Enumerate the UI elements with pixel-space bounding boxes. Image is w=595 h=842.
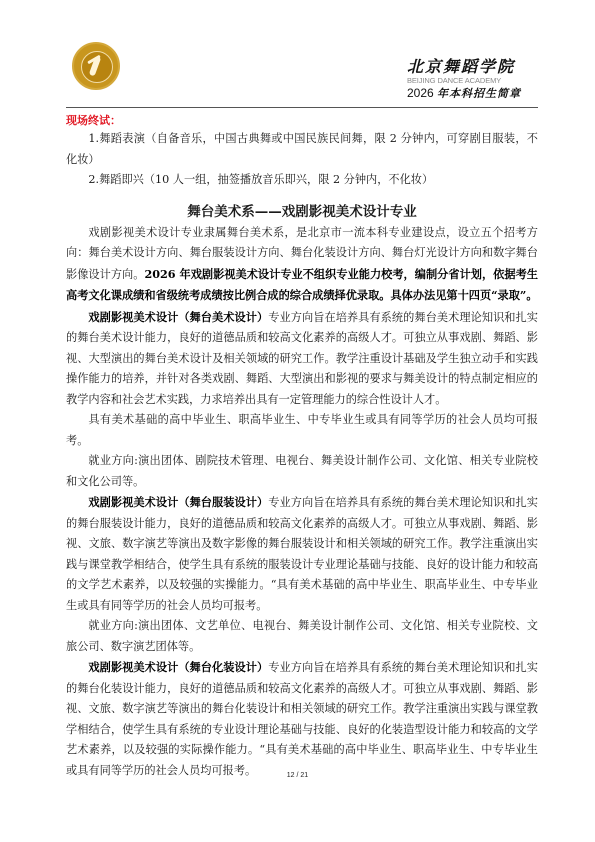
- direction-costume-text: 专业方向旨在培养具有系统的舞台美术理论知识和扎实的舞台服装设计能力，良好的道德品…: [66, 496, 538, 612]
- direction-makeup-desc: 戏剧影视美术设计（舞台化装设计）专业方向旨在培养具有系统的舞台美术理论知识和扎实…: [66, 657, 538, 781]
- brand-english-name: BEIJING DANCE ACADEMY: [395, 76, 540, 85]
- direction-costume-employment: 就业方向:演出团体、文艺单位、电视台、舞美设计制作公司、文化馆、相关专业院校、文…: [66, 616, 538, 657]
- direction-stage-art-name: 戏剧影视美术设计（舞台美术设计）: [88, 310, 268, 324]
- direction-stage-art-eligibility: 具有美术基础的高中毕业生、职高毕业生、中专毕业生或具有同等学历的社会人员均可报考…: [66, 410, 538, 451]
- beijing-dance-academy-logo-icon: [72, 42, 120, 90]
- subtitle-text: 年本科招生简章: [437, 87, 521, 100]
- brand-chinese-name: 北京舞蹈学院: [395, 58, 540, 76]
- section-intro: 戏剧影视美术设计专业隶属舞台美术系，是北京市一流本科专业建设点，设立五个招考方向…: [66, 223, 538, 307]
- header-divider: [66, 107, 538, 108]
- header-brand: 北京舞蹈学院 BEIJING DANCE ACADEMY 2026 年本科招生简…: [395, 58, 540, 101]
- direction-costume-name: 戏剧影视美术设计（舞台服装设计）: [88, 495, 268, 509]
- section-title: 舞台美术系——戏剧影视美术设计专业: [66, 201, 538, 223]
- final-exam-heading: 现场终试：: [66, 112, 538, 129]
- direction-stage-art-text: 专业方向旨在培养具有系统的舞台美术理论知识和扎实的舞台美术设计能力，良好的道德品…: [66, 311, 538, 406]
- brochure-subtitle: 2026 年本科招生简章: [395, 86, 540, 101]
- subtitle-year: 2026: [407, 86, 434, 100]
- page-body: 现场终试： 1.舞蹈表演（自备音乐，中国古典舞或中国民族民间舞，限 2 分钟内，…: [66, 112, 538, 781]
- direction-makeup-name: 戏剧影视美术设计（舞台化装设计）: [88, 660, 268, 674]
- direction-makeup-text: 专业方向旨在培养具有系统的舞台美术理论知识和扎实的舞台化装设计能力，良好的道德品…: [66, 661, 538, 777]
- direction-costume-desc: 戏剧影视美术设计（舞台服装设计）专业方向旨在培养具有系统的舞台美术理论知识和扎实…: [66, 492, 538, 616]
- direction-stage-art-employment: 就业方向:演出团体、剧院技术管理、电视台、舞美设计制作公司、文化馆、相关专业院校…: [66, 451, 538, 492]
- page-number: 12 / 21: [0, 772, 595, 779]
- final-exam-item-2: 2.舞蹈即兴（10 人一组，抽签播放音乐即兴，限 2 分钟内，不化妆）: [66, 170, 538, 191]
- direction-stage-art-desc: 戏剧影视美术设计（舞台美术设计）专业方向旨在培养具有系统的舞台美术理论知识和扎实…: [66, 307, 538, 411]
- final-exam-item-1: 1.舞蹈表演（自备音乐，中国古典舞或中国民族民间舞，限 2 分钟内，可穿剧目服装…: [66, 129, 538, 170]
